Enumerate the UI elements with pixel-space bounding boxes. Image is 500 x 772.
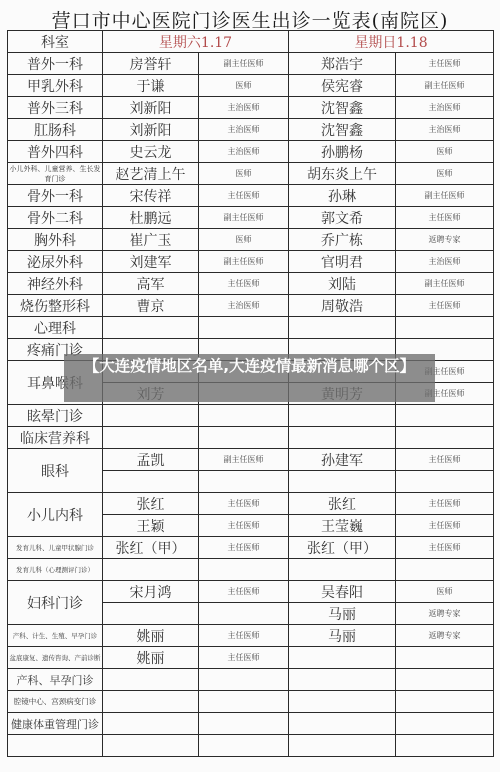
table-row: 肛肠科刘新阳主治医师沈智鑫主治医师 [8, 119, 494, 141]
table-row: 发育儿科（心理测评门诊） [8, 559, 494, 581]
sun-title [396, 405, 494, 427]
table-row: 普外三科刘新阳主治医师沈智鑫主治医师 [8, 97, 494, 119]
sun-doctor: 沈智鑫 [289, 119, 396, 141]
table-row-eye: 眼科孟凯副主任医师孙建军主任医师 [8, 449, 494, 471]
dept-cell: 妇科门诊 [8, 581, 103, 625]
sun-title: 主任医师 [396, 493, 494, 515]
dept-cell: 盆底康复、遗传咨询、产前诊断 [8, 647, 103, 669]
sat-title [199, 405, 289, 427]
sun-title [396, 713, 494, 735]
sat-doctor [103, 559, 199, 581]
sun-doctor [289, 647, 396, 669]
sun-doctor: 张红（甲） [289, 537, 396, 559]
sat-doctor: 赵艺清上午 [103, 163, 199, 185]
sun-doctor: 马丽 [289, 603, 396, 625]
dept-cell: 普外一科 [8, 53, 103, 75]
sat-doctor: 刘新阳 [103, 97, 199, 119]
dept-cell: 普外四科 [8, 141, 103, 163]
dept-cell: 甲乳外科 [8, 75, 103, 97]
sun-doctor: 沈智鑫 [289, 97, 396, 119]
sat-doctor [103, 691, 199, 713]
table-row: 小儿外科、儿童营养、生长发育门诊赵艺清上午医师胡东炎上午医师 [8, 163, 494, 185]
sun-doctor: 孙鹏杨 [289, 141, 396, 163]
table-row: 烧伤整形科曹京主治医师周敬浩主任医师 [8, 295, 494, 317]
sat-doctor: 孟凯 [103, 449, 199, 471]
dept-cell: 临床营养科 [8, 427, 103, 449]
sat-title [199, 559, 289, 581]
sun-title [396, 559, 494, 581]
dept-cell: 眩晕门诊 [8, 405, 103, 427]
table-row: 普外一科房誉轩副主任医师郑浩宇主任医师 [8, 53, 494, 75]
dept-cell: 健康体重管理门诊 [8, 713, 103, 735]
sun-title: 副主任医师 [396, 185, 494, 207]
sun-doctor [289, 713, 396, 735]
dept-header: 科室 [8, 31, 103, 53]
dept-cell: 心理科 [8, 317, 103, 339]
schedule-page: 营口市中心医院门诊医生出诊一览表(南院区) 科室 星期六1.17 星期日1.18… [0, 0, 500, 772]
sat-doctor [103, 427, 199, 449]
page-title: 营口市中心医院门诊医生出诊一览表(南院区) [0, 6, 500, 33]
dept-cell: 烧伤整形科 [8, 295, 103, 317]
sun-doctor [289, 669, 396, 691]
sat-title: 主治医师 [199, 97, 289, 119]
dept-cell: 发育儿科（心理测评门诊） [8, 559, 103, 581]
sun-doctor: 王莹巍 [289, 515, 396, 537]
sat-doctor [103, 669, 199, 691]
dept-cell: 神经外科 [8, 273, 103, 295]
table-row-peds: 小儿内科张红主任医师张红主任医师 [8, 493, 494, 515]
sat-doctor: 姚丽 [103, 647, 199, 669]
sun-doctor: 马丽 [289, 625, 396, 647]
sat-title: 医师 [199, 163, 289, 185]
sun-title: 医师 [396, 581, 494, 603]
sat-title: 副主任医师 [199, 449, 289, 471]
sat-title: 主治医师 [199, 295, 289, 317]
sat-doctor: 崔广玉 [103, 229, 199, 251]
sat-title: 主任医师 [199, 581, 289, 603]
sun-doctor: 孙琳 [289, 185, 396, 207]
sun-title: 返聘专家 [396, 603, 494, 625]
sun-doctor: 吴春阳 [289, 581, 396, 603]
sun-title [396, 691, 494, 713]
sun-title: 主任医师 [396, 53, 494, 75]
sun-title [396, 669, 494, 691]
sun-title [396, 427, 494, 449]
dept-cell: 骨外二科 [8, 207, 103, 229]
table-row: 胸外科崔广玉医师乔广栋返聘专家 [8, 229, 494, 251]
dept-cell: 小儿外科、儿童营养、生长发育门诊 [8, 163, 103, 185]
sun-title: 副主任医师 [396, 75, 494, 97]
table-row: 健康体重管理门诊 [8, 713, 494, 735]
dept-cell: 产科、早孕门诊 [8, 669, 103, 691]
table-row: 临床营养科 [8, 427, 494, 449]
sun-title: 副主任医师 [396, 273, 494, 295]
sun-doctor: 孙建军 [289, 449, 396, 471]
table-row: 产科、早孕门诊 [8, 669, 494, 691]
sun-title: 主任医师 [396, 295, 494, 317]
sat-title: 主任医师 [199, 273, 289, 295]
table-row: 骨外二科杜鹏远副主任医师郭文希主任医师 [8, 207, 494, 229]
sat-title: 主任医师 [199, 537, 289, 559]
sat-doctor [103, 405, 199, 427]
sun-doctor: 乔广栋 [289, 229, 396, 251]
sat-title: 主治医师 [199, 119, 289, 141]
sun-doctor [289, 405, 396, 427]
sun-doctor [289, 471, 396, 493]
sun-doctor: 周敬浩 [289, 295, 396, 317]
table-row: 普外四科史云龙主治医师孙鹏杨医师 [8, 141, 494, 163]
table-row: 眩晕门诊 [8, 405, 494, 427]
dept-cell: 肛肠科 [8, 119, 103, 141]
table-row: 产科、计生、生殖、早孕门诊姚丽主任医师马丽返聘专家 [8, 625, 494, 647]
sat-doctor: 王颖 [103, 515, 199, 537]
sun-title: 主治医师 [396, 119, 494, 141]
sat-title [199, 471, 289, 493]
sun-title: 主治医师 [396, 251, 494, 273]
table-row: 神经外科高军主任医师刘陆副主任医师 [8, 273, 494, 295]
headline-overlay[interactable]: 【大连疫情地区名单,大连疫情最新消息哪个区】 [64, 354, 435, 402]
dept-cell: 胸外科 [8, 229, 103, 251]
sun-title: 主任医师 [396, 207, 494, 229]
table-row: 甲乳外科于谦医师侯宪睿副主任医师 [8, 75, 494, 97]
sat-doctor: 房誉轩 [103, 53, 199, 75]
sat-doctor [103, 317, 199, 339]
sun-doctor: 张红 [289, 493, 396, 515]
sat-doctor: 刘建军 [103, 251, 199, 273]
dept-cell: 产科、计生、生殖、早孕门诊 [8, 625, 103, 647]
headline-text[interactable]: 【大连疫情地区名单,大连疫情最新消息哪个区】 [64, 356, 435, 377]
dept-cell: 眼科 [8, 449, 103, 493]
sat-doctor: 宋传祥 [103, 185, 199, 207]
sun-title: 主任医师 [396, 449, 494, 471]
sat-title [199, 427, 289, 449]
sun-title [396, 735, 494, 757]
sat-doctor: 宋月鸿 [103, 581, 199, 603]
sun-doctor: 侯宪睿 [289, 75, 396, 97]
sat-title [199, 317, 289, 339]
table-row: 心理科 [8, 317, 494, 339]
sat-title: 主任医师 [199, 515, 289, 537]
dept-cell: 普外三科 [8, 97, 103, 119]
sat-doctor: 杜鹏远 [103, 207, 199, 229]
sat-title [199, 735, 289, 757]
sun-doctor: 刘陆 [289, 273, 396, 295]
sat-doctor: 史云龙 [103, 141, 199, 163]
sat-doctor [103, 713, 199, 735]
sat-title: 主任医师 [199, 185, 289, 207]
sat-title: 副主任医师 [199, 207, 289, 229]
table-row-gyn: 妇科门诊宋月鸿主任医师吴春阳医师 [8, 581, 494, 603]
sat-doctor: 刘新阳 [103, 119, 199, 141]
sun-doctor [289, 427, 396, 449]
sat-doctor: 张红（甲） [103, 537, 199, 559]
sun-doctor: 郭文希 [289, 207, 396, 229]
sun-title [396, 317, 494, 339]
sat-title: 医师 [199, 229, 289, 251]
dept-cell: 泌尿外科 [8, 251, 103, 273]
sun-title: 主治医师 [396, 97, 494, 119]
table-row: 骨外一科宋传祥主任医师孙琳副主任医师 [8, 185, 494, 207]
sat-doctor: 于谦 [103, 75, 199, 97]
sun-doctor: 官明君 [289, 251, 396, 273]
sun-title [396, 471, 494, 493]
dept-cell: 小儿内科 [8, 493, 103, 537]
sat-doctor [103, 603, 199, 625]
sun-title: 返聘专家 [396, 229, 494, 251]
dept-cell: 骨外一科 [8, 185, 103, 207]
sat-title [199, 713, 289, 735]
sun-doctor: 郑浩宇 [289, 53, 396, 75]
sat-doctor: 曹京 [103, 295, 199, 317]
sun-title [396, 647, 494, 669]
sat-doctor: 高军 [103, 273, 199, 295]
sun-title: 主任医师 [396, 537, 494, 559]
sun-doctor [289, 317, 396, 339]
table-row: 泌尿外科刘建军副主任医师官明君主治医师 [8, 251, 494, 273]
sat-doctor [103, 735, 199, 757]
day1-header: 星期六1.17 [103, 31, 289, 53]
sat-title: 副主任医师 [199, 251, 289, 273]
sun-title: 医师 [396, 163, 494, 185]
sun-title: 主任医师 [396, 515, 494, 537]
sat-doctor [103, 471, 199, 493]
sat-title: 副主任医师 [199, 53, 289, 75]
sat-title [199, 691, 289, 713]
sun-title: 医师 [396, 141, 494, 163]
sun-doctor [289, 559, 396, 581]
sat-title: 医师 [199, 75, 289, 97]
sat-title: 主任医师 [199, 493, 289, 515]
sun-doctor [289, 691, 396, 713]
sat-title: 主治医师 [199, 141, 289, 163]
sat-title: 主任医师 [199, 625, 289, 647]
sun-doctor: 胡东炎上午 [289, 163, 396, 185]
sat-title [199, 669, 289, 691]
sat-title: 主任医师 [199, 647, 289, 669]
sun-doctor [289, 735, 396, 757]
table-row: 腔镜中心、宫颈病变门诊 [8, 691, 494, 713]
header-row: 科室 星期六1.17 星期日1.18 [8, 31, 494, 53]
day2-header: 星期日1.18 [289, 31, 494, 53]
dept-cell: 腔镜中心、宫颈病变门诊 [8, 691, 103, 713]
dept-cell [8, 735, 103, 757]
table-row [8, 735, 494, 757]
table-row: 盆底康复、遗传咨询、产前诊断姚丽主任医师 [8, 647, 494, 669]
sat-doctor: 张红 [103, 493, 199, 515]
dept-cell: 发育儿科、儿童甲状腺门诊 [8, 537, 103, 559]
table-row: 发育儿科、儿童甲状腺门诊张红（甲）主任医师张红（甲）主任医师 [8, 537, 494, 559]
sat-doctor: 姚丽 [103, 625, 199, 647]
sun-title: 返聘专家 [396, 625, 494, 647]
sat-title [199, 603, 289, 625]
